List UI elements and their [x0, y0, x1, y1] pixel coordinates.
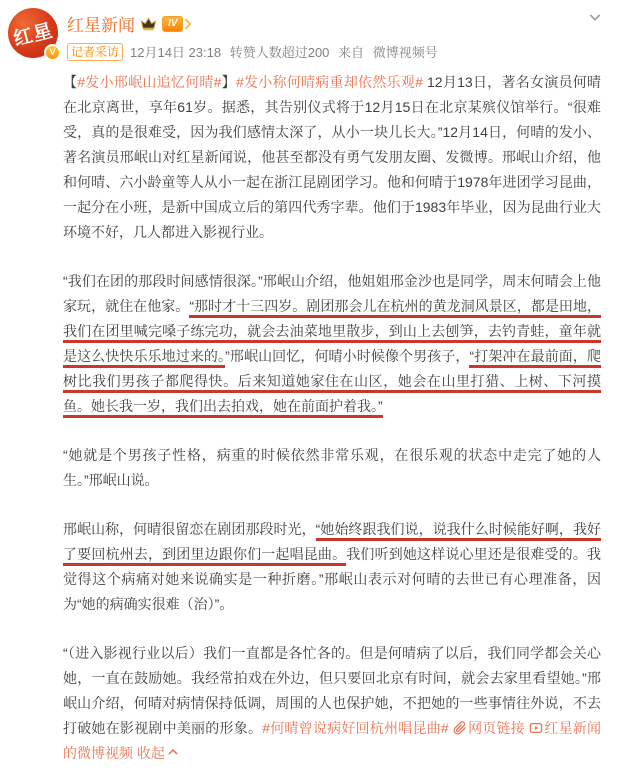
account-name[interactable]: 红星新闻: [67, 11, 135, 36]
vip-level-badge: IV: [162, 16, 192, 32]
source-link[interactable]: 微博视频号: [373, 45, 438, 60]
video-icon: [529, 721, 543, 735]
source-prefix: 来自: [338, 45, 364, 60]
post-paragraph: “我们在团的那段时间感情很深。”邢岷山介绍，他姐姐邢金沙也是同学，周末何晴会上他…: [63, 269, 601, 419]
header-info: 红星新闻 IV 记者采访 12月14日 23:18 转赞人数超过200 来自 微: [67, 8, 438, 61]
post-meta: 12月14日 23:18 转赞人数超过200 来自 微博视频号: [130, 42, 438, 61]
post-body: 【#发小邢岷山追忆何晴#】#发小称何晴病重却依然乐观# 12月13日，著名女演员…: [0, 61, 618, 778]
reporter-badge: 记者采访: [67, 43, 123, 61]
post-paragraph: 邢岷山称，何晴很留恋在剧团那段时光，“她始终跟我们说，说我什么时候能好啊，我好了…: [63, 517, 601, 617]
vip-level-label: IV: [162, 16, 183, 32]
post-text: 12月13日，著名女演员何晴在北京离世，享年61岁。据悉，其告别仪式将于12月1…: [63, 74, 601, 240]
post-header: 红星 V 红星新闻 IV 记者采访 12月14日 23:18 转赞人数: [0, 0, 618, 61]
chevron-down-icon[interactable]: [587, 9, 603, 30]
post-text: “她就是个男孩子性格，病重的时候依然非常乐观，在很乐观的状态中走完了她的人生。”…: [63, 447, 601, 488]
crown-icon: [140, 16, 157, 31]
hashtag-link[interactable]: #发小邢岷山追忆何晴#: [77, 74, 221, 90]
post-paragraph: “（进入影视行业以后）我们一直都是各忙各的。但是何晴病了以后，我们同学都会关心她…: [63, 641, 601, 766]
post-text: 【: [63, 74, 77, 90]
collapse-link[interactable]: 收起: [137, 745, 180, 761]
post-paragraph: “她就是个男孩子性格，病重的时候依然非常乐观，在很乐观的状态中走完了她的人生。”…: [63, 443, 601, 493]
avatar[interactable]: 红星 V: [8, 8, 58, 58]
chevron-up-icon: [166, 745, 180, 759]
engagement-count: 转赞人数超过200: [230, 45, 330, 60]
paperclip-icon: [453, 721, 467, 735]
post-paragraph: 【#发小邢岷山追忆何晴#】#发小称何晴病重却依然乐观# 12月13日，著名女演员…: [63, 70, 601, 245]
hashtag-link[interactable]: #发小称何晴病重却依然乐观#: [236, 74, 423, 90]
vip-badge-tail-icon: [184, 17, 192, 31]
verified-v-badge: V: [44, 44, 61, 61]
timestamp: 12月14日 23:18: [130, 45, 221, 60]
webpage-link[interactable]: 网页链接: [453, 720, 525, 736]
post-text: 】: [221, 74, 236, 90]
post-text: 邢岷山称，何晴很留恋在剧团那段时光，: [63, 521, 316, 537]
post-text: ”邢岷山回忆，何晴小时候像个男孩子，: [225, 348, 469, 364]
hashtag-link[interactable]: #何晴曾说病好回杭州唱昆曲#: [262, 720, 449, 736]
